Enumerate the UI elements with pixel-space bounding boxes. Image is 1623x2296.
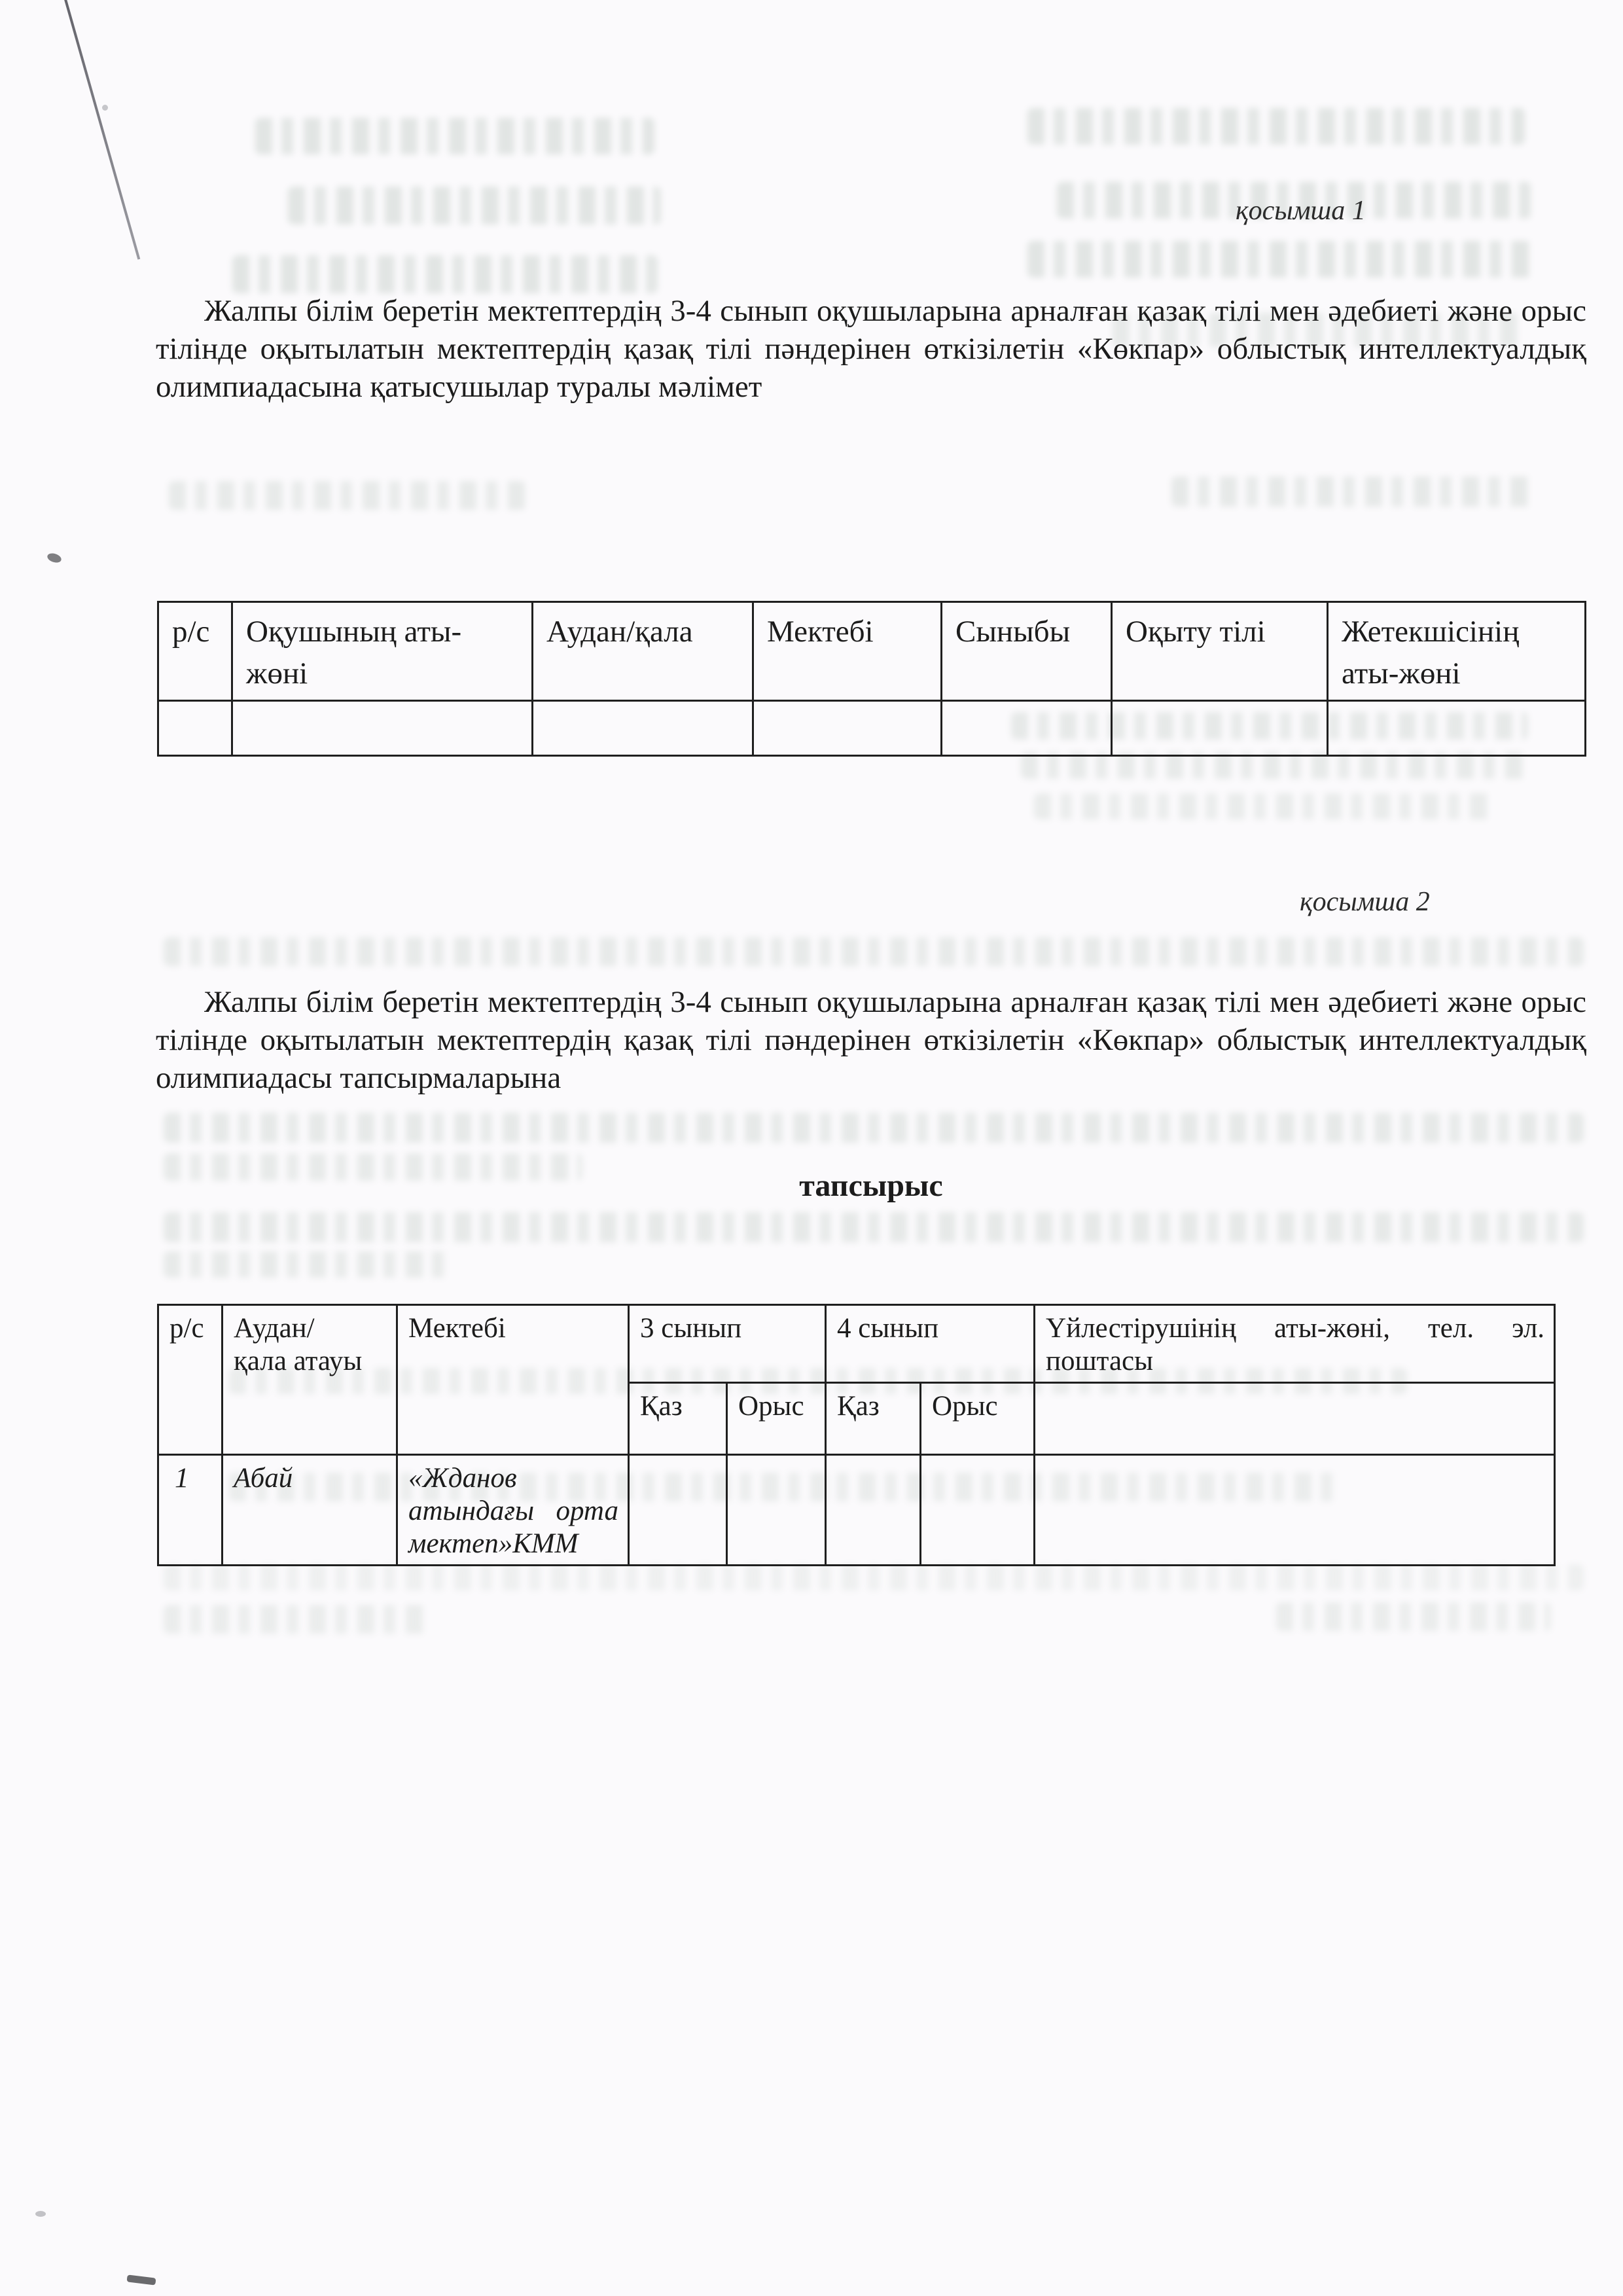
order-table-header-row-1: р/с Аудан/ қала атауы Мектебі 3 сынып 4 … [158,1305,1555,1383]
header-cell-district: Аудан/қала [533,602,753,701]
bleed-through-artifact [232,255,658,293]
appendix-1-label: қосымша 1 [1236,195,1366,226]
bleed-through-artifact [164,1113,1584,1143]
header-cell-grade-3: 3 сынып [629,1305,826,1383]
table-cell [232,701,533,756]
table-cell [727,1455,826,1566]
scan-speck [126,2274,156,2285]
appendix-2-label: қосымша 2 [1300,886,1430,918]
table-cell-district: Абай [223,1455,397,1566]
bleed-through-artifact [1027,108,1525,145]
header-cell-supervisor: Жетекшісінің аты-жөні [1328,602,1586,701]
header-cell-student-name: Оқушының аты-жөні [232,602,533,701]
participants-table-empty-row [158,701,1586,756]
table-cell [826,1455,921,1566]
bleed-through-artifact [1034,793,1492,819]
header-cell-number: р/с [158,602,232,701]
table-cell [1035,1455,1555,1566]
header-cell-grade: Сыныбы [942,602,1112,701]
bleed-through-artifact [169,481,526,510]
scanned-document-page: қосымша 1 қосымша 2 Жалпы білім беретін … [0,0,1623,2296]
order-heading: тапсырыс [156,1168,1586,1204]
page-fold-line [63,0,140,260]
table-cell [921,1455,1035,1566]
header-cell-school: Мектебі [397,1305,629,1455]
table-cell [1328,701,1586,756]
scan-speck [102,105,108,111]
bleed-through-artifact [164,1212,1584,1242]
table-cell [942,701,1112,756]
bleed-through-artifact [164,937,1584,966]
header-cell-district-name: Аудан/ қала атауы [223,1305,397,1455]
header-cell-russian-4: Орыс [921,1383,1035,1455]
table-cell [1112,701,1328,756]
bleed-through-artifact [1171,476,1535,507]
bleed-through-artifact [288,187,661,224]
table-cell [629,1455,727,1566]
bleed-through-artifact [1027,241,1531,278]
table-cell [158,701,232,756]
header-cell-kazakh-3: Қаз [629,1383,727,1455]
bleed-through-artifact [1021,753,1531,779]
header-cell-coordinator-empty [1035,1383,1555,1455]
table-cell-row-number: 1 [158,1455,223,1566]
order-table-data-row: 1 Абай «Жданов атындағы орта мектеп»КММ [158,1455,1555,1566]
table-cell [533,701,753,756]
header-cell-school: Мектебі [753,602,942,701]
participants-table-header-row: р/с Оқушының аты-жөні Аудан/қала Мектебі… [158,602,1586,701]
header-cell-grade-4: 4 сынып [826,1305,1035,1383]
header-cell-number: р/с [158,1305,223,1455]
header-cell-coordinator: Үйлестірушінің аты-жөні, тел. эл. поштас… [1035,1305,1555,1383]
scan-speck [35,2211,46,2217]
bleed-through-artifact [164,1605,425,1634]
bleed-through-artifact [255,118,654,154]
header-cell-kazakh-4: Қаз [826,1383,921,1455]
table-cell [753,701,942,756]
bleed-through-artifact [164,1251,452,1278]
header-cell-language: Оқыту тілі [1112,602,1328,701]
order-table: р/с Аудан/ қала атауы Мектебі 3 сынып 4 … [157,1304,1556,1566]
header-cell-russian-3: Орыс [727,1383,826,1455]
bleed-through-artifact [1276,1602,1551,1631]
scan-speck [46,552,63,564]
bleed-through-artifact [164,1564,1584,1590]
participants-table: р/с Оқушының аты-жөні Аудан/қала Мектебі… [157,601,1586,757]
table-cell-school: «Жданов атындағы орта мектеп»КММ [397,1455,629,1566]
intro-paragraph-appendix2: Жалпы білім беретін мектептердің 3-4 сын… [156,983,1586,1097]
intro-paragraph-appendix1: Жалпы білім беретін мектептердің 3-4 сын… [156,292,1586,406]
